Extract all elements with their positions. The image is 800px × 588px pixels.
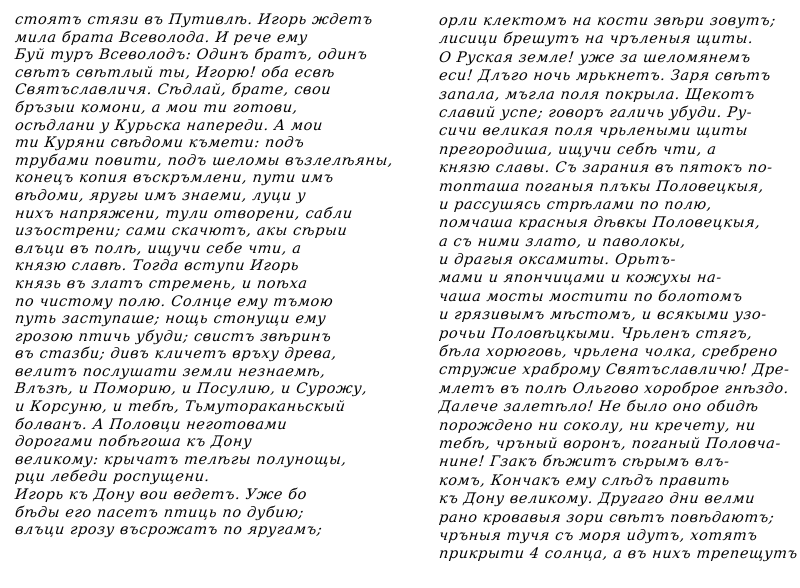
manuscript-line: Игорь къ Дону вои ведетъ. Уже бо xyxy=(14,487,356,505)
manuscript-line: конецъ копия въскръмлени, пути имъ xyxy=(14,170,356,188)
manuscript-line: Влъзѣ, и Поморию, и Посулию, и Сурожу, xyxy=(14,381,356,399)
manuscript-line: велитъ послушати земли незнаемѣ, xyxy=(14,364,356,382)
manuscript-line: славий успе; говоръ галичь убуди. Ру- xyxy=(438,104,796,122)
manuscript-line: лисици брешутъ на чръленыя щиты. xyxy=(438,30,796,48)
manuscript-line: стоятъ стязи въ Путивлѣ. Игорь ждетъ xyxy=(14,12,356,30)
manuscript-line: тебѣ, чръный воронъ, поганый Половча- xyxy=(438,435,796,453)
manuscript-line: орли клектомъ на кости звѣри зовутъ; xyxy=(438,12,796,30)
manuscript-line: топташа поганыя плъкы Половецкыя, xyxy=(438,178,796,196)
left-column: стоятъ стязи въ Путивлѣ. Игорь ждетъ мил… xyxy=(14,12,354,557)
manuscript-line: Далече залетѣло! Не было оно обидѣ xyxy=(438,398,796,416)
right-column: орли клектомъ на кости звѣри зовутъ; лис… xyxy=(438,12,794,564)
manuscript-line: рано кровавыя зори свѣтъ повѣдаютъ; xyxy=(438,509,796,527)
manuscript-line: осѣдлани у Курьска напереди. А мои xyxy=(14,118,356,136)
manuscript-line: мила брата Всеволода. И рече ему xyxy=(14,30,356,48)
manuscript-line: а съ ними злато, и паволокы, xyxy=(438,233,796,251)
manuscript-line: князь въ златъ стремень, и поѣха xyxy=(14,276,356,294)
manuscript-line: влъци въ полѣ, ищучи себе чти, а xyxy=(14,241,356,259)
manuscript-line: прикрыти 4 солнца, а въ нихъ трепещутъ xyxy=(438,545,796,563)
manuscript-line: дорогами побѣгоша къ Дону xyxy=(14,434,356,452)
manuscript-line: нине! Гзакъ бѣжитъ сѣрымъ влъ- xyxy=(438,453,796,471)
manuscript-line: влъци грозу въсрожатъ по яругамъ; xyxy=(14,522,356,540)
manuscript-line: чръныя тучя съ моря идутъ, хотятъ xyxy=(438,527,796,545)
manuscript-line: великому: крычатъ телѣгы полунощы, xyxy=(14,452,356,470)
manuscript-line: рочьи Половѣцкыми. Чрьленъ стягъ, xyxy=(438,325,796,343)
manuscript-page: стоятъ стязи въ Путивлѣ. Игорь ждетъ мил… xyxy=(0,0,800,588)
manuscript-line: путь заступаше; нощь стонущи ему xyxy=(14,311,356,329)
manuscript-line: порождено ни соколу, ни кречету, ни xyxy=(438,417,796,435)
manuscript-line: болванъ. А Половци неготовами xyxy=(14,417,356,435)
manuscript-line: ти Куряни свѣдоми къмети: подъ xyxy=(14,135,356,153)
manuscript-line: еси! Длъго ночь мрькнетъ. Заря свѣтъ xyxy=(438,67,796,85)
manuscript-line: помчаша красныя дѣвкы Половецкыя, xyxy=(438,214,796,232)
manuscript-line: млетъ въ полѣ Ольгово хороброе гнѣздо. xyxy=(438,380,796,398)
manuscript-line: князю славы. Съ зарания въ пятокъ по- xyxy=(438,159,796,177)
manuscript-line: князю славѣ. Тогда вступи Игорь xyxy=(14,258,356,276)
manuscript-line xyxy=(14,540,356,558)
manuscript-line: и грязивымъ мѣстомъ, и всякыми узо- xyxy=(438,306,796,324)
manuscript-line: комъ, Кончакъ ему слѣдъ править xyxy=(438,472,796,490)
manuscript-line: рци лебеди роспущени. xyxy=(14,469,356,487)
manuscript-line: запала, мъгла поля покрыла. Щекотъ xyxy=(438,86,796,104)
manuscript-line: Святъславличя. Сѣдлай, брате, свои xyxy=(14,82,356,100)
manuscript-line: О Руская земле! уже за шеломянемъ xyxy=(438,49,796,67)
manuscript-line: и драгыя оксамиты. Орьтъ- xyxy=(438,251,796,269)
manuscript-line: чаша мосты мостити по болотомъ xyxy=(438,288,796,306)
manuscript-line: Буй туръ Всеволодъ: Одинъ братъ, одинъ xyxy=(14,47,356,65)
manuscript-line: стружие храброму Святъславличю! Дре- xyxy=(438,361,796,379)
manuscript-line: и Корсуню, и тебѣ, Тьмутораканьскый xyxy=(14,399,356,417)
manuscript-line: къ Дону великому. Другаго дни велми xyxy=(438,490,796,508)
manuscript-line: прегородиша, ищучи себѣ чти, а xyxy=(438,141,796,159)
manuscript-line: свѣтъ свѣтлый ты, Игорю! оба есвѣ xyxy=(14,65,356,83)
manuscript-line: трубами повити, подъ шеломы възлелѣяны, xyxy=(14,153,356,171)
manuscript-line: грозою птичь убуди; свистъ звѣринъ xyxy=(14,329,356,347)
manuscript-line: мами и япончицами и кожухы на- xyxy=(438,269,796,287)
manuscript-line: въ стазби; дивъ кличетъ връху древа, xyxy=(14,346,356,364)
manuscript-line: бѣды его пасетъ птиць по дубию; xyxy=(14,505,356,523)
manuscript-line: и рассушясь стрѣлами по полю, xyxy=(438,196,796,214)
manuscript-line: бръзыи комони, а мои ти готови, xyxy=(14,100,356,118)
manuscript-line: нихъ напряжени, тули отворени, сабли xyxy=(14,206,356,224)
manuscript-line: сичи великая поля чрьлеными щиты xyxy=(438,122,796,140)
manuscript-line: бѣла хорюговь, чрьлена чолка, сребрено xyxy=(438,343,796,361)
manuscript-line: по чистому полю. Солнце ему тъмою xyxy=(14,294,356,312)
manuscript-line: вѣдоми, яругы имъ знаеми, луци у xyxy=(14,188,356,206)
manuscript-line: изъострени; сами скачютъ, акы сѣрыи xyxy=(14,223,356,241)
